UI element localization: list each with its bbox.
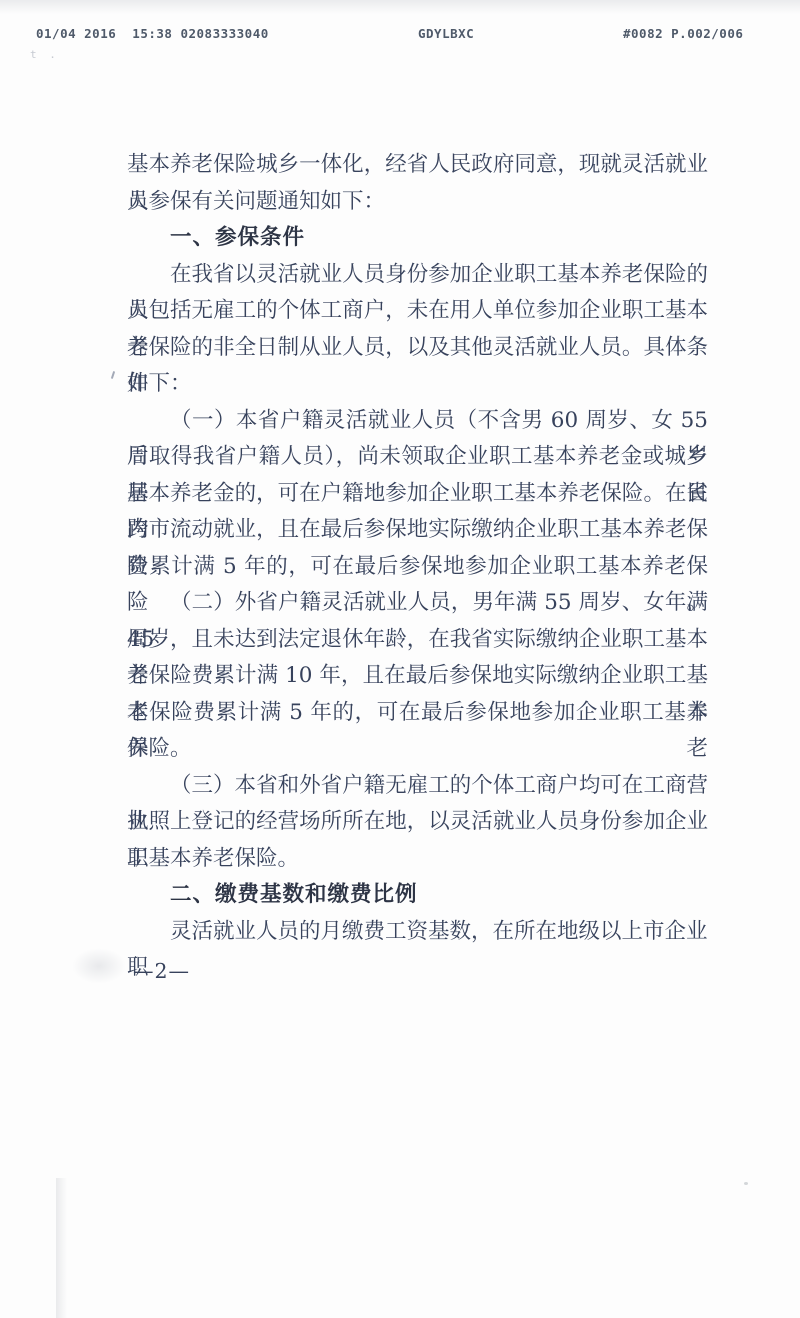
page-number: —2— — [133, 959, 190, 983]
text-line: 基本养老保险城乡一体化，经省人民政府同意，现就灵活就业人 — [127, 147, 708, 184]
scan-artifact-mark: t . — [30, 48, 59, 61]
document-body: 基本养老保险城乡一体化，经省人民政府同意，现就灵活就业人 员参保有关问题通知如下… — [127, 147, 708, 950]
text-line: （二）外省户籍灵活就业人员，男年满 55 周岁、女年满 45 — [127, 585, 708, 622]
text-line: 工基本养老保险。 — [127, 841, 708, 878]
scan-edge-streak — [56, 1178, 67, 1318]
text-line: 员参保有关问题通知如下： — [127, 184, 708, 221]
scan-smudge — [72, 948, 126, 984]
text-line: 跨市流动就业，且在最后参保地实际缴纳企业职工基本养老保险 — [127, 512, 708, 549]
scanned-fax-page: 01/04 2016 15:38 02083333040 GDYLBXC #00… — [0, 0, 800, 1318]
section-heading: 二、缴费基数和缴费比例 — [127, 877, 708, 914]
text-line: 老保险费累计满 5 年的，可在最后参保地参加企业职工基本养老 — [127, 695, 708, 732]
text-line: 基本养老金的，可在户籍地参加企业职工基本养老保险。在省内 — [127, 476, 708, 513]
scan-edge-shadow — [0, 0, 800, 14]
text-line: 后取得我省户籍人员），尚未领取企业职工基本养老金或城乡居民 — [127, 439, 708, 476]
scan-tick-mark — [111, 371, 115, 379]
text-line: 周岁，且未达到法定退休年龄，在我省实际缴纳企业职工基本养 — [127, 622, 708, 659]
text-line: 在我省以灵活就业人员身份参加企业职工基本养老保险的人 — [127, 257, 708, 294]
text-line: （一）本省户籍灵活就业人员（不含男 60 周岁、女 55 周岁 — [127, 403, 708, 440]
text-line: 灵活就业人员的月缴费工资基数，在所在地级以上市企业职 — [127, 914, 708, 951]
scan-dot — [744, 1182, 748, 1185]
text-line: 费累计满 5 年的，可在最后参保地参加企业职工基本养老保险。 — [127, 549, 708, 586]
fax-page-counter: #0082 P.002/006 — [623, 26, 743, 41]
fax-station-id: GDYLBXC — [418, 26, 474, 41]
text-line: 老保险费累计满 10 年，且在最后参保地实际缴纳企业职工基本养 — [127, 658, 708, 695]
text-line: 如下： — [127, 366, 708, 403]
section-heading: 一、参保条件 — [127, 220, 708, 257]
text-line: 员包括无雇工的个体工商户，未在用人单位参加企业职工基本养 — [127, 293, 708, 330]
text-line: 执照上登记的经营场所所在地，以灵活就业人员身份参加企业职 — [127, 804, 708, 841]
text-line: （三）本省和外省户籍无雇工的个体工商户均可在工商营业 — [127, 768, 708, 805]
text-line: 老保险的非全日制从业人员，以及其他灵活就业人员。具体条件 — [127, 330, 708, 367]
fax-timestamp-number: 01/04 2016 15:38 02083333040 — [36, 26, 269, 41]
